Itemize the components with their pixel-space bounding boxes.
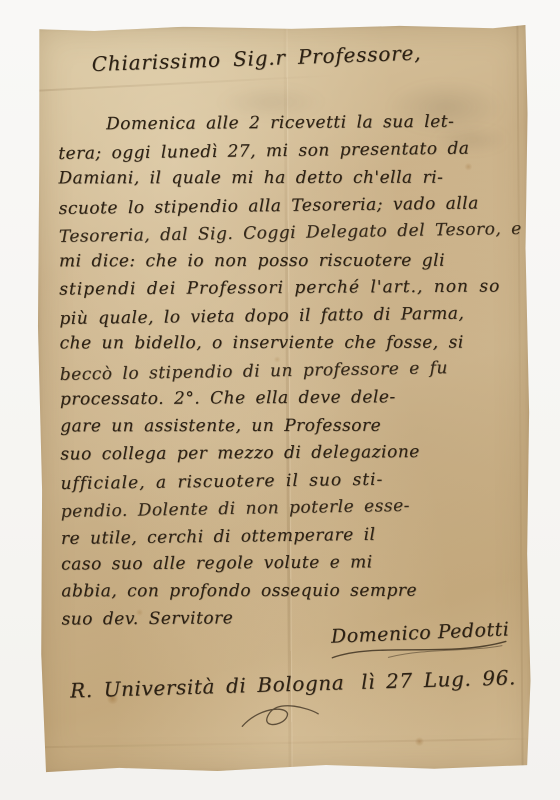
letter-line: caso suo alle regole volute e mi xyxy=(61,548,521,579)
dateline: R. Università di Bologna lì 27 Lug. 96. xyxy=(70,665,517,702)
letter-salutation: Chiarissimo Sig.r Professore, xyxy=(91,40,432,76)
letter-line: re utile, cerchi di ottemperare il xyxy=(61,519,521,553)
letter-line: Domenica alle 2 ricevetti la sua let- xyxy=(58,108,518,139)
top-fold-crease xyxy=(36,75,336,92)
letter-line: stipendi dei Professori perché l'art., n… xyxy=(59,273,519,304)
letter-line: gare un assistente, un Professore xyxy=(60,412,520,440)
dateline-flourish-stroke xyxy=(236,702,322,733)
letter-line: Damiani, il quale mi ha detto ch'ella ri… xyxy=(58,165,518,193)
dateline-place: R. Università di Bologna xyxy=(70,670,345,702)
letter-line: che un bidello, o inserviente che fosse,… xyxy=(60,330,520,358)
photo-background: Chiarissimo Sig.r Professore, Domenica a… xyxy=(0,0,560,800)
letter-line: tera; oggi lunedì 27, mi son presentato … xyxy=(58,134,518,168)
letter-line: suo collega per mezzo di delegazione xyxy=(60,438,520,469)
letter-paper: Chiarissimo Sig.r Professore, Domenica a… xyxy=(35,24,532,773)
letter-line: abbia, con profondo ossequio sempre xyxy=(61,577,521,605)
letter-line: mi dice: che io non posso riscuotere gli xyxy=(59,247,519,275)
dateline-date: lì 27 Lug. 96. xyxy=(361,665,516,694)
letter-line: più quale, lo vieta dopo il fatto di Par… xyxy=(59,299,519,333)
signature-block: Domenico Pedotti xyxy=(329,618,510,662)
bottom-fold-crease xyxy=(40,738,532,749)
letter-body: Domenica alle 2 ricevetti la sua let-ter… xyxy=(58,108,522,634)
